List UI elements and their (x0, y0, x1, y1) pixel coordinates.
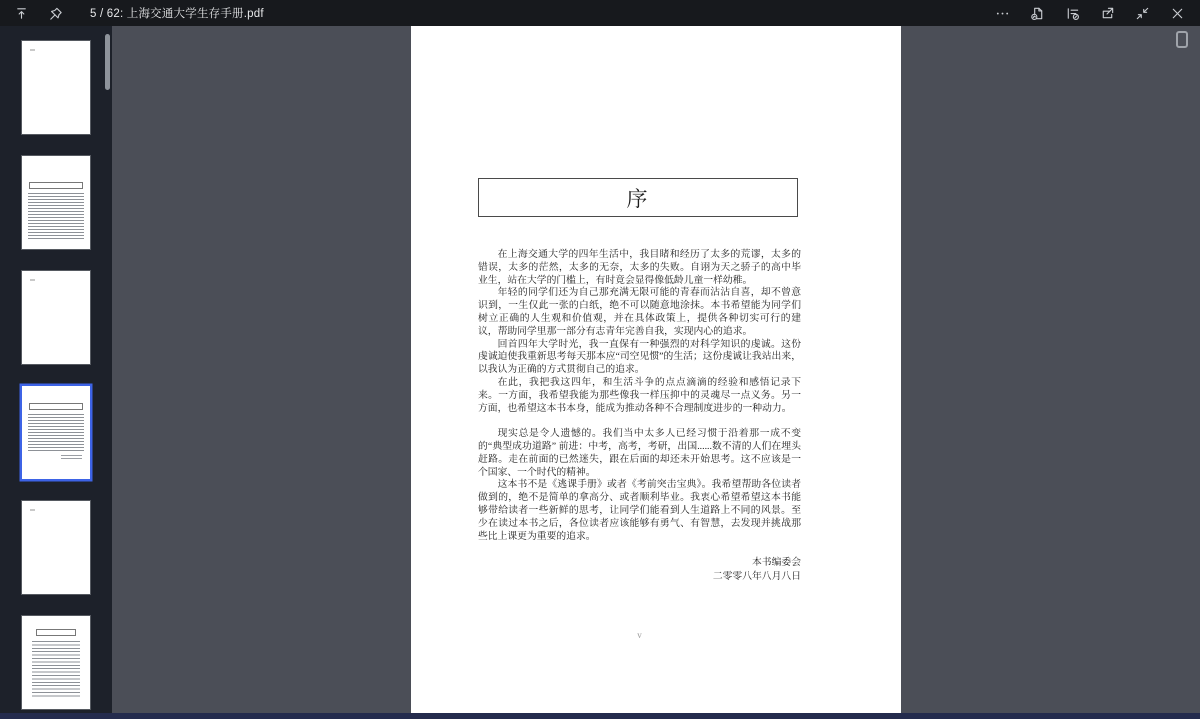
toolbar-left: 5 / 62: 上海交通大学生存手册.pdf (12, 4, 264, 22)
thumb-toc-lines (32, 641, 81, 699)
signature-block: 本书编委会 二零零八年八月八日 (713, 556, 801, 583)
annotate-icon[interactable] (1063, 4, 1081, 22)
close-icon[interactable] (1168, 4, 1186, 22)
page-thumbnail[interactable] (21, 270, 91, 365)
content-area: 序 在上海交通大学的四年生活中，我目睹和经历了太多的荒谬，太多的错误，太多的茫然… (0, 26, 1200, 713)
thumb-heading-box (29, 182, 82, 189)
paragraph: 现实总是令人遗憾的。我们当中太多人已经习惯于沿着那一成不变的“典型成功道路” 前… (478, 428, 801, 479)
document-canvas: 序 在上海交通大学的四年生活中，我目睹和经历了太多的荒谬，太多的错误，太多的茫然… (112, 26, 1200, 713)
signature-date: 二零零八年八月八日 (713, 570, 801, 584)
page-thumbnail[interactable] (21, 500, 91, 595)
section-heading: 序 (627, 183, 650, 213)
open-with-icon[interactable] (1028, 4, 1046, 22)
body-text: 在上海交通大学的四年生活中，我目睹和经历了太多的荒谬，太多的错误，太多的茫然，太… (478, 249, 801, 543)
paragraph: 在此，我把我这四年，和生活斗争的点点滴滴的经验和感悟记录下来。一方面，我希望我能… (478, 377, 801, 415)
more-icon[interactable] (993, 4, 1011, 22)
page-thumbnail[interactable] (21, 155, 91, 250)
thumb-heading-box (36, 629, 77, 636)
share-icon[interactable] (1098, 4, 1116, 22)
paragraph: 年轻的同学们还为自己那充满无限可能的青春而沾沾自喜，却不曾意识到，一生仅此一张的… (478, 287, 801, 338)
pdf-page: 序 在上海交通大学的四年生活中，我目睹和经历了太多的荒谬，太多的错误，太多的茫然… (411, 26, 901, 713)
page-thumbnail[interactable] (21, 40, 91, 135)
signature-author: 本书编委会 (713, 556, 801, 570)
thumb-mark (30, 49, 35, 51)
toolbar: 5 / 62: 上海交通大学生存手册.pdf (0, 0, 1200, 26)
page-thumbnail[interactable] (21, 615, 91, 710)
thumb-mark (30, 279, 35, 281)
page-number: v (478, 630, 801, 640)
thumb-text-lines (28, 193, 84, 240)
page-indicator-icon[interactable] (1176, 31, 1188, 48)
section-heading-box: 序 (478, 178, 798, 217)
page-thumbnail-selected[interactable] (21, 385, 91, 480)
thumb-signature-lines (61, 455, 81, 459)
pin-icon[interactable] (46, 4, 64, 22)
thumbnail-sidebar (0, 26, 112, 713)
paragraph: 回首四年大学时光，我一直保有一种强烈的对科学知识的虔诚。这份虔诚迫使我重新思考每… (478, 339, 801, 377)
thumb-mark (30, 509, 35, 511)
paragraph: 在上海交通大学的四年生活中，我目睹和经历了太多的荒谬，太多的错误，太多的茫然，太… (478, 249, 801, 287)
toolbar-right (993, 4, 1186, 22)
collapse-icon[interactable] (1133, 4, 1151, 22)
thumb-text-lines (28, 414, 84, 451)
bottom-strip (0, 713, 1200, 719)
pdf-viewer-window: 5 / 62: 上海交通大学生存手册.pdf (0, 0, 1200, 719)
paragraph: 这本书不是《逃课手册》或者《考前突击宝典》。我希望帮助各位读者做到的，绝不是简单… (478, 479, 801, 543)
upload-icon[interactable] (12, 4, 30, 22)
thumb-heading-box (29, 403, 82, 410)
document-title: 5 / 62: 上海交通大学生存手册.pdf (90, 5, 264, 21)
sidebar-scrollbar[interactable] (105, 34, 110, 90)
